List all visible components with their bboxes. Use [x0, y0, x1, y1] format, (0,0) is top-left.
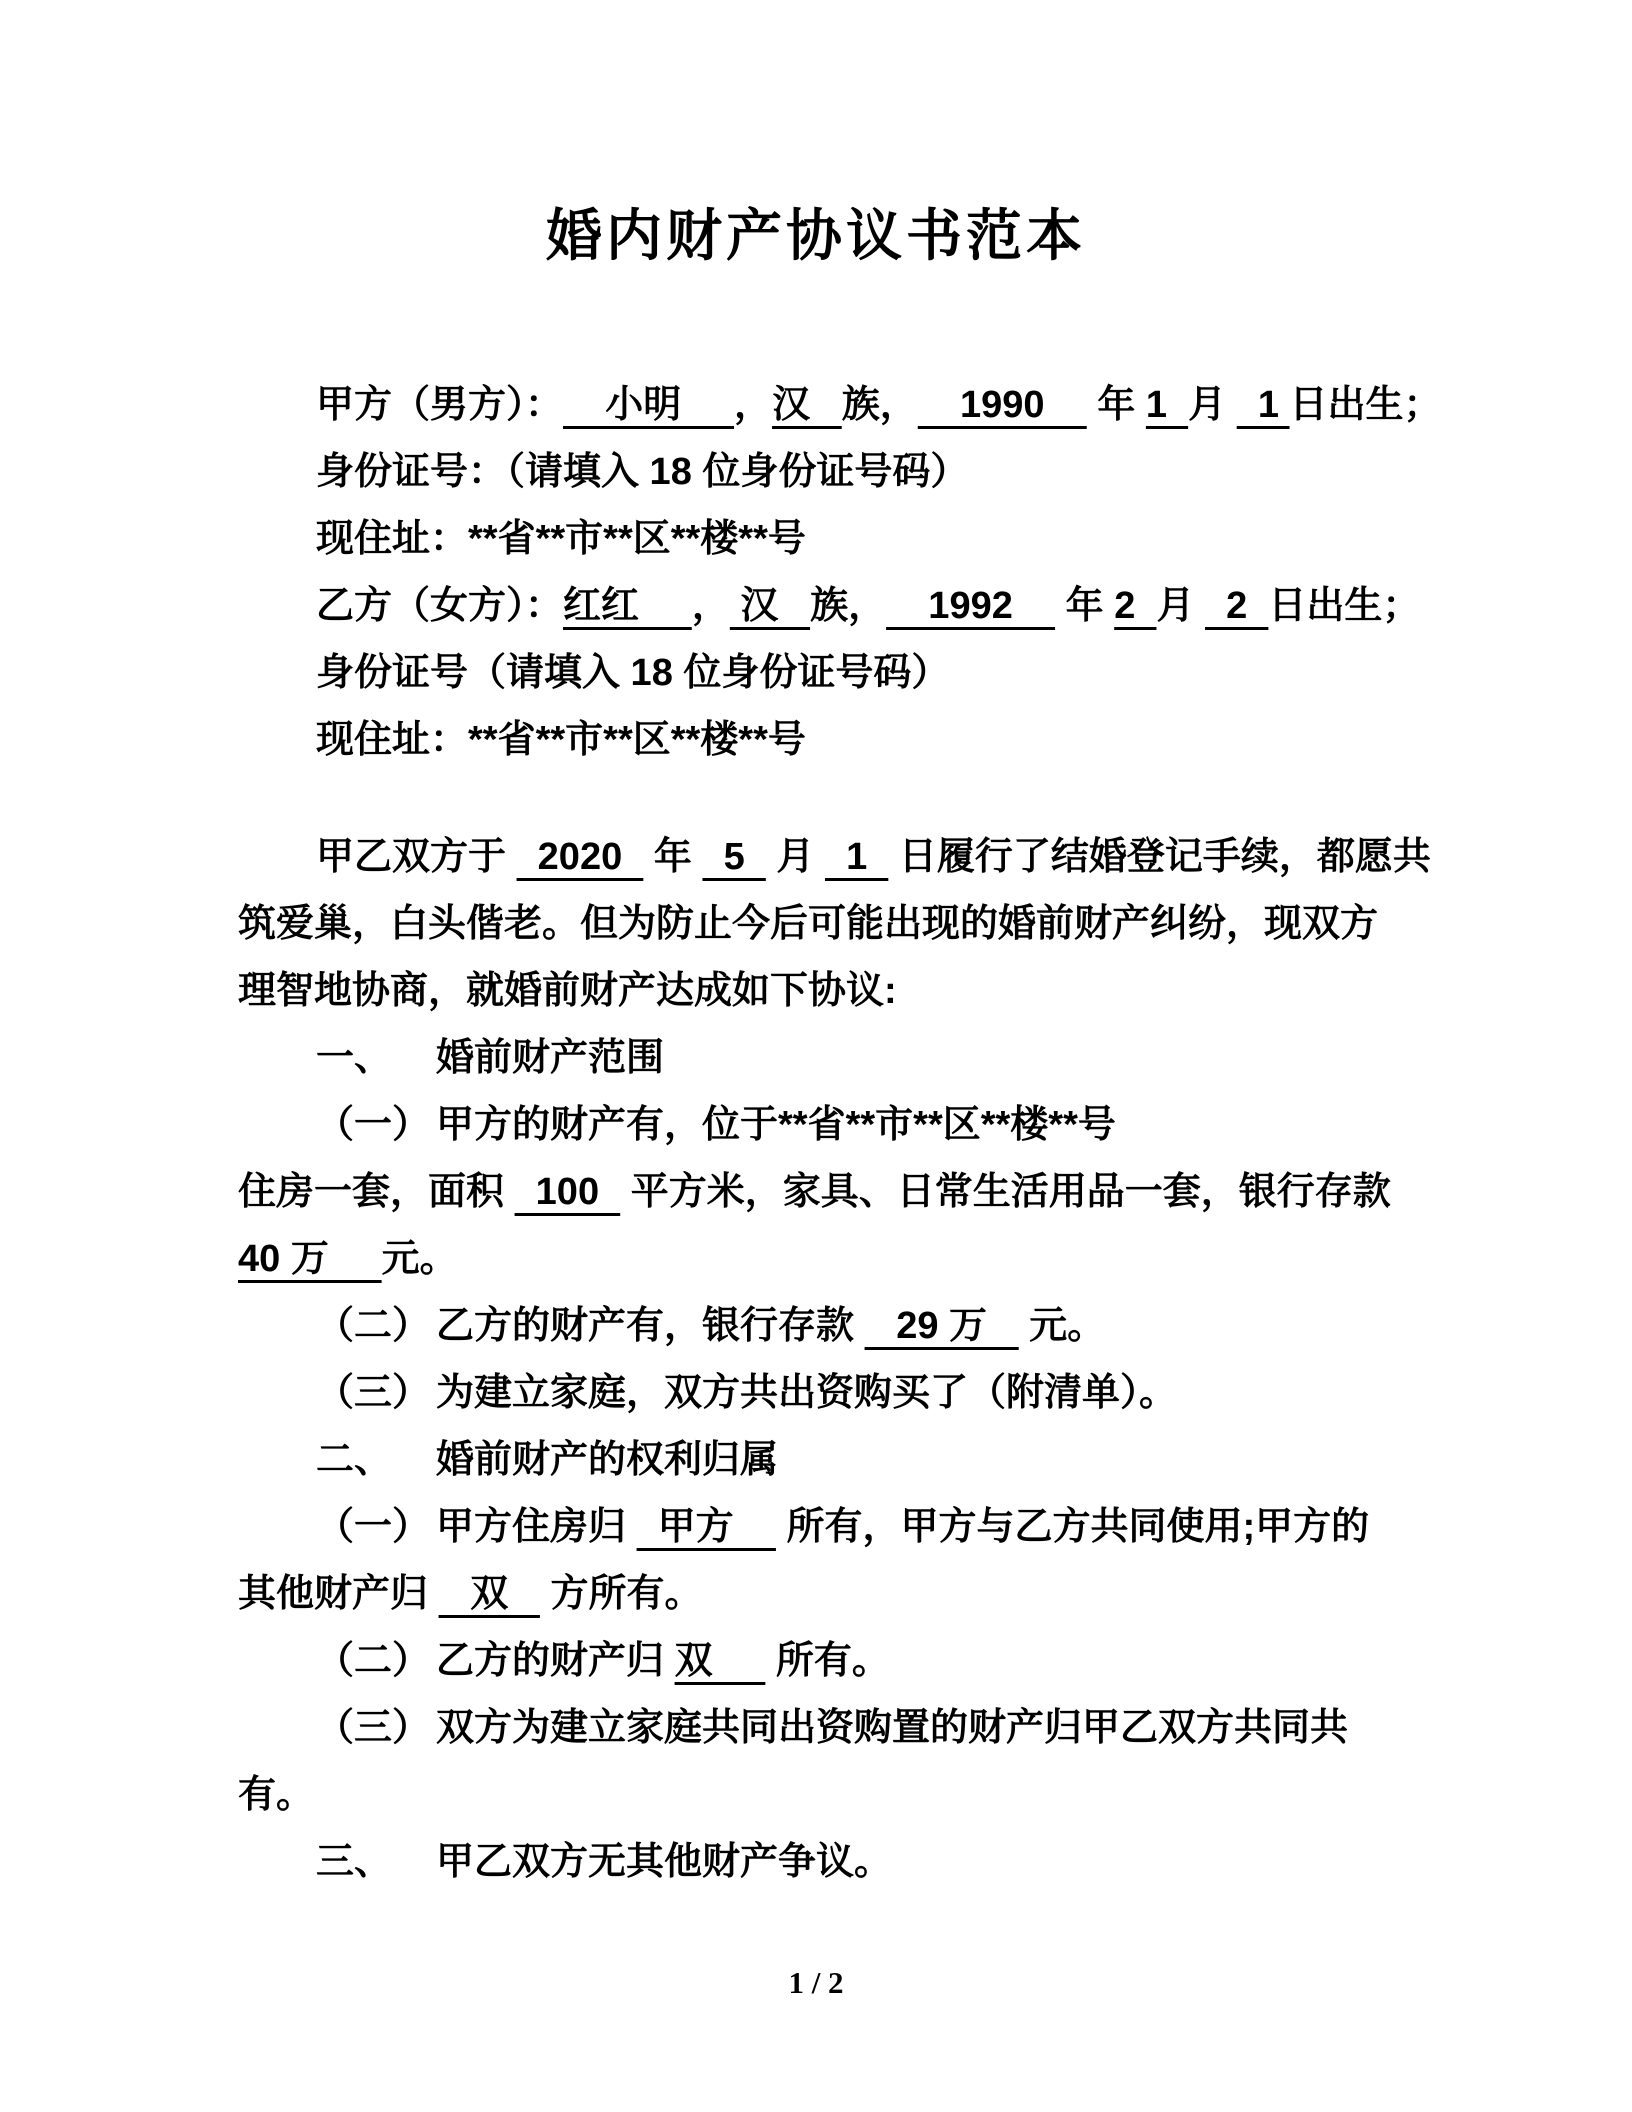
- document-line: 40 万 元。: [238, 1226, 1423, 1293]
- list-marker: 二、: [316, 1427, 436, 1494]
- text-run: 方所有。: [540, 1573, 703, 1615]
- text-run: 有。: [238, 1774, 314, 1816]
- text-run: 元。: [1019, 1305, 1106, 1347]
- text-run: 现住址：**省**市**区**楼**号: [316, 719, 806, 761]
- text-run: 双方为建立家庭共同出资购置的财产归甲乙双方共同共: [436, 1707, 1348, 1749]
- blank-field: 2020: [517, 836, 644, 878]
- blank-field: 1990: [918, 384, 1087, 426]
- text-run: 甲乙双方于: [316, 836, 517, 878]
- blank-field: 1992: [886, 585, 1055, 627]
- text-run: 月: [766, 836, 825, 878]
- document-line: 三、甲乙双方无其他财产争议。: [238, 1829, 1423, 1896]
- page-number: 1 / 2: [0, 1965, 1632, 2001]
- document-page: 婚内财产协议书范本 甲方（男方）： 小明 ，汉 族， 1990 年 1 月 1 …: [0, 0, 1632, 2112]
- blank-field: 甲方: [637, 1506, 776, 1548]
- blank-field: 1: [1237, 384, 1290, 426]
- blank-field: 29 万: [865, 1305, 1019, 1347]
- blank-field: 双: [439, 1573, 540, 1615]
- text-run: 乙方的财产归: [436, 1640, 675, 1682]
- text-run: 日履行了结婚登记手续，都愿共: [888, 836, 1431, 878]
- document-line: （一）甲方住房归 甲方 所有，甲方与乙方共同使用;甲方的: [238, 1494, 1423, 1561]
- text-run: 甲方住房归: [436, 1506, 637, 1548]
- text-run: 所有，甲方与乙方共同使用;甲方的: [776, 1506, 1369, 1548]
- blank-field: 双: [675, 1640, 766, 1682]
- text-run: 元。: [382, 1238, 458, 1280]
- text-run: 月: [1188, 384, 1237, 426]
- text-run: 日出生；: [1290, 384, 1442, 426]
- blank-field: 2: [1205, 585, 1268, 627]
- text-run: 理智地协商，就婚前财产达成如下协议:: [238, 970, 897, 1012]
- document-line: （二）乙方的财产有，银行存款 29 万 元。: [238, 1293, 1423, 1360]
- document-line: 甲乙双方于 2020 年 5 月 1 日履行了结婚登记手续，都愿共: [238, 824, 1423, 891]
- blank-field: 40 万: [238, 1238, 382, 1280]
- list-marker: （二）: [316, 1628, 436, 1695]
- list-marker: （三）: [316, 1695, 436, 1762]
- text-run: 为建立家庭，双方共出资购买了（附清单）。: [436, 1372, 1177, 1414]
- document-line: 现住址：**省**市**区**楼**号: [238, 506, 1423, 573]
- text-run: 现住址：**省**市**区**楼**号: [316, 518, 806, 560]
- text-run: 身份证号：（请填入 18 位身份证号码）: [316, 451, 968, 493]
- document-line: （二）乙方的财产归 双 所有。: [238, 1628, 1423, 1695]
- document-line: 其他财产归 双 方所有。: [238, 1561, 1423, 1628]
- list-marker: 一、: [316, 1025, 436, 1092]
- text-run: 平方米，家具、日常生活用品一套，银行存款: [620, 1171, 1391, 1213]
- document-line: （三）为建立家庭，双方共出资购买了（附清单）。: [238, 1360, 1423, 1427]
- blank-field: 5: [702, 836, 765, 878]
- blank-field: 100: [515, 1171, 621, 1213]
- text-run: 婚前财产的权利归属: [436, 1439, 778, 1481]
- document-line: （一）甲方的财产有，位于**省**市**区**楼**号: [238, 1092, 1423, 1159]
- text-run: 甲方的财产有，位于**省**市**区**楼**号: [436, 1104, 1116, 1146]
- list-marker: 三、: [316, 1829, 436, 1896]
- text-run: 筑爱巢，白头偕老。但为防止今后可能出现的婚前财产纠纷，现双方: [238, 903, 1378, 945]
- document-line: 住房一套，面积 100 平方米，家具、日常生活用品一套，银行存款: [238, 1159, 1423, 1226]
- text-run: 身份证号（请填入 18 位身份证号码）: [316, 652, 949, 694]
- blank-field: 小明: [563, 384, 734, 426]
- document-body: 甲方（男方）： 小明 ，汉 族， 1990 年 1 月 1 日出生；身份证号：（…: [238, 372, 1423, 1896]
- document-title: 婚内财产协议书范本: [0, 192, 1632, 272]
- document-line: 理智地协商，就婚前财产达成如下协议:: [238, 958, 1423, 1025]
- text-run: 族，: [842, 384, 918, 426]
- text-run: 日出生；: [1268, 585, 1420, 627]
- text-run: 年: [1087, 384, 1146, 426]
- blank-field: 2: [1114, 585, 1156, 627]
- blank-field: 红红: [563, 585, 692, 627]
- blank-field: 1: [825, 836, 888, 878]
- text-run: 族，: [810, 585, 886, 627]
- text-run: 年: [1055, 585, 1114, 627]
- text-run: 甲方（男方）：: [316, 384, 563, 426]
- text-run: 其他财产归: [238, 1573, 439, 1615]
- blank-field: 1: [1146, 384, 1188, 426]
- text-run: 婚前财产范围: [436, 1037, 664, 1079]
- text-run: 住房一套，面积: [238, 1171, 515, 1213]
- document-line: 甲方（男方）： 小明 ，汉 族， 1990 年 1 月 1 日出生；: [238, 372, 1423, 439]
- list-marker: （一）: [316, 1092, 436, 1159]
- text-run: ，: [734, 384, 772, 426]
- document-line: 一、婚前财产范围: [238, 1025, 1423, 1092]
- blank-field: 汉: [772, 384, 842, 426]
- text-run: 乙方的财产有，银行存款: [436, 1305, 865, 1347]
- list-marker: （二）: [316, 1293, 436, 1360]
- list-marker: （三）: [316, 1360, 436, 1427]
- text-run: 所有。: [765, 1640, 890, 1682]
- document-line: 二、婚前财产的权利归属: [238, 1427, 1423, 1494]
- text-run: 月: [1156, 585, 1205, 627]
- text-run: ，: [692, 585, 730, 627]
- document-line: 有。: [238, 1762, 1423, 1829]
- text-run: 乙方（女方）：: [316, 585, 563, 627]
- text-run: 年: [643, 836, 702, 878]
- list-marker: （一）: [316, 1494, 436, 1561]
- blank-field: 汉: [730, 585, 810, 627]
- document-line: 身份证号（请填入 18 位身份证号码）: [238, 640, 1423, 707]
- document-line: （三）双方为建立家庭共同出资购置的财产归甲乙双方共同共: [238, 1695, 1423, 1762]
- document-line: 筑爱巢，白头偕老。但为防止今后可能出现的婚前财产纠纷，现双方: [238, 891, 1423, 958]
- text-run: 甲乙双方无其他财产争议。: [436, 1841, 892, 1883]
- document-line: 现住址：**省**市**区**楼**号: [238, 707, 1423, 774]
- document-line: 身份证号：（请填入 18 位身份证号码）: [238, 439, 1423, 506]
- document-line: 乙方（女方）：红红 ， 汉 族， 1992 年 2 月 2 日出生；: [238, 573, 1423, 640]
